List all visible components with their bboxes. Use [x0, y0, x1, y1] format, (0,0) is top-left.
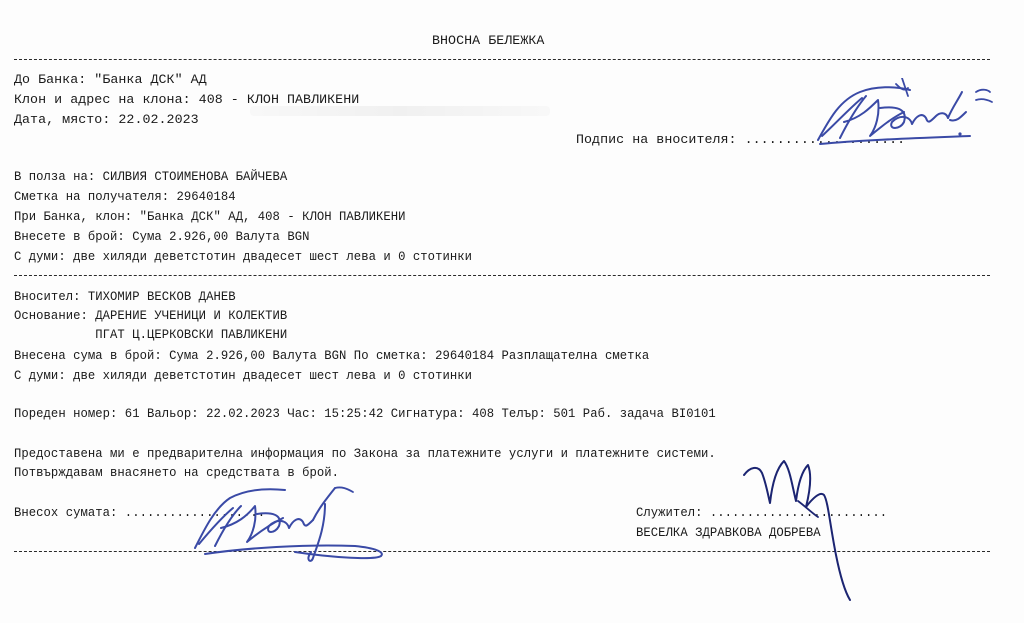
- deposited-by-signature-icon: [185, 478, 405, 568]
- deposit-amount-line: Внесете в брой: Сума 2.926,00 Валута BGN: [14, 227, 309, 247]
- separator-line: [14, 59, 990, 60]
- deposited-by-signature-field: Внесох сумата: ...................: [14, 503, 265, 523]
- clerk-name: ВЕСЕЛКА ЗДРАВКОВА ДОБРЕВА: [636, 523, 821, 543]
- beneficiary-bank-line: При Банка, клон: "Банка ДСК" АД, 408 - К…: [14, 207, 406, 227]
- reason-line-1: Основание: ДАРЕНИЕ УЧЕНИЦИ И КОЛЕКТИВ: [14, 306, 287, 326]
- separator-line: [14, 551, 990, 552]
- date-place-line: Дата, място: 22.02.2023: [14, 110, 199, 130]
- declaration-line-2: Потвърждавам внасянето на средствата в б…: [14, 463, 339, 483]
- bank-line: До Банка: "Банка ДСК" АД: [14, 70, 207, 90]
- depositor-name-line: Вносител: ТИХОМИР ВЕСКОВ ДАНЕВ: [14, 287, 236, 307]
- separator-line: [14, 275, 990, 276]
- document-title: ВНОСНА БЕЛЕЖКА: [432, 31, 544, 51]
- depositor-signature-field: Подпис на вносителя: ...................…: [576, 130, 905, 150]
- transaction-details-line: Пореден номер: 61 Вальор: 22.02.2023 Час…: [14, 404, 716, 424]
- deposit-slip: ВНОСНА БЕЛЕЖКА До Банка: "Банка ДСК" АД …: [0, 0, 1024, 623]
- branch-line: Клон и адрес на клона: 408 - КЛОН ПАВЛИК…: [14, 90, 359, 110]
- amount-in-words-line: С думи: две хиляди деветстотин двадесет …: [14, 247, 472, 267]
- declaration-line-1: Предоставена ми е предварителна информац…: [14, 444, 716, 464]
- beneficiary-account-line: Сметка на получателя: 29640184: [14, 187, 236, 207]
- reason-line-2: ПГАТ Ц.ЦЕРКОВСКИ ПАВЛИКЕНИ: [14, 325, 287, 345]
- deposited-amount-line: Внесена сума в брой: Сума 2.926,00 Валут…: [14, 346, 649, 366]
- clerk-signature-field: Служител: ........................: [636, 503, 887, 523]
- deposited-in-words-line: С думи: две хиляди деветстотин двадесет …: [14, 366, 472, 386]
- beneficiary-line: В полза на: СИЛВИЯ СТОИМЕНОВА БАЙЧЕВА: [14, 167, 287, 187]
